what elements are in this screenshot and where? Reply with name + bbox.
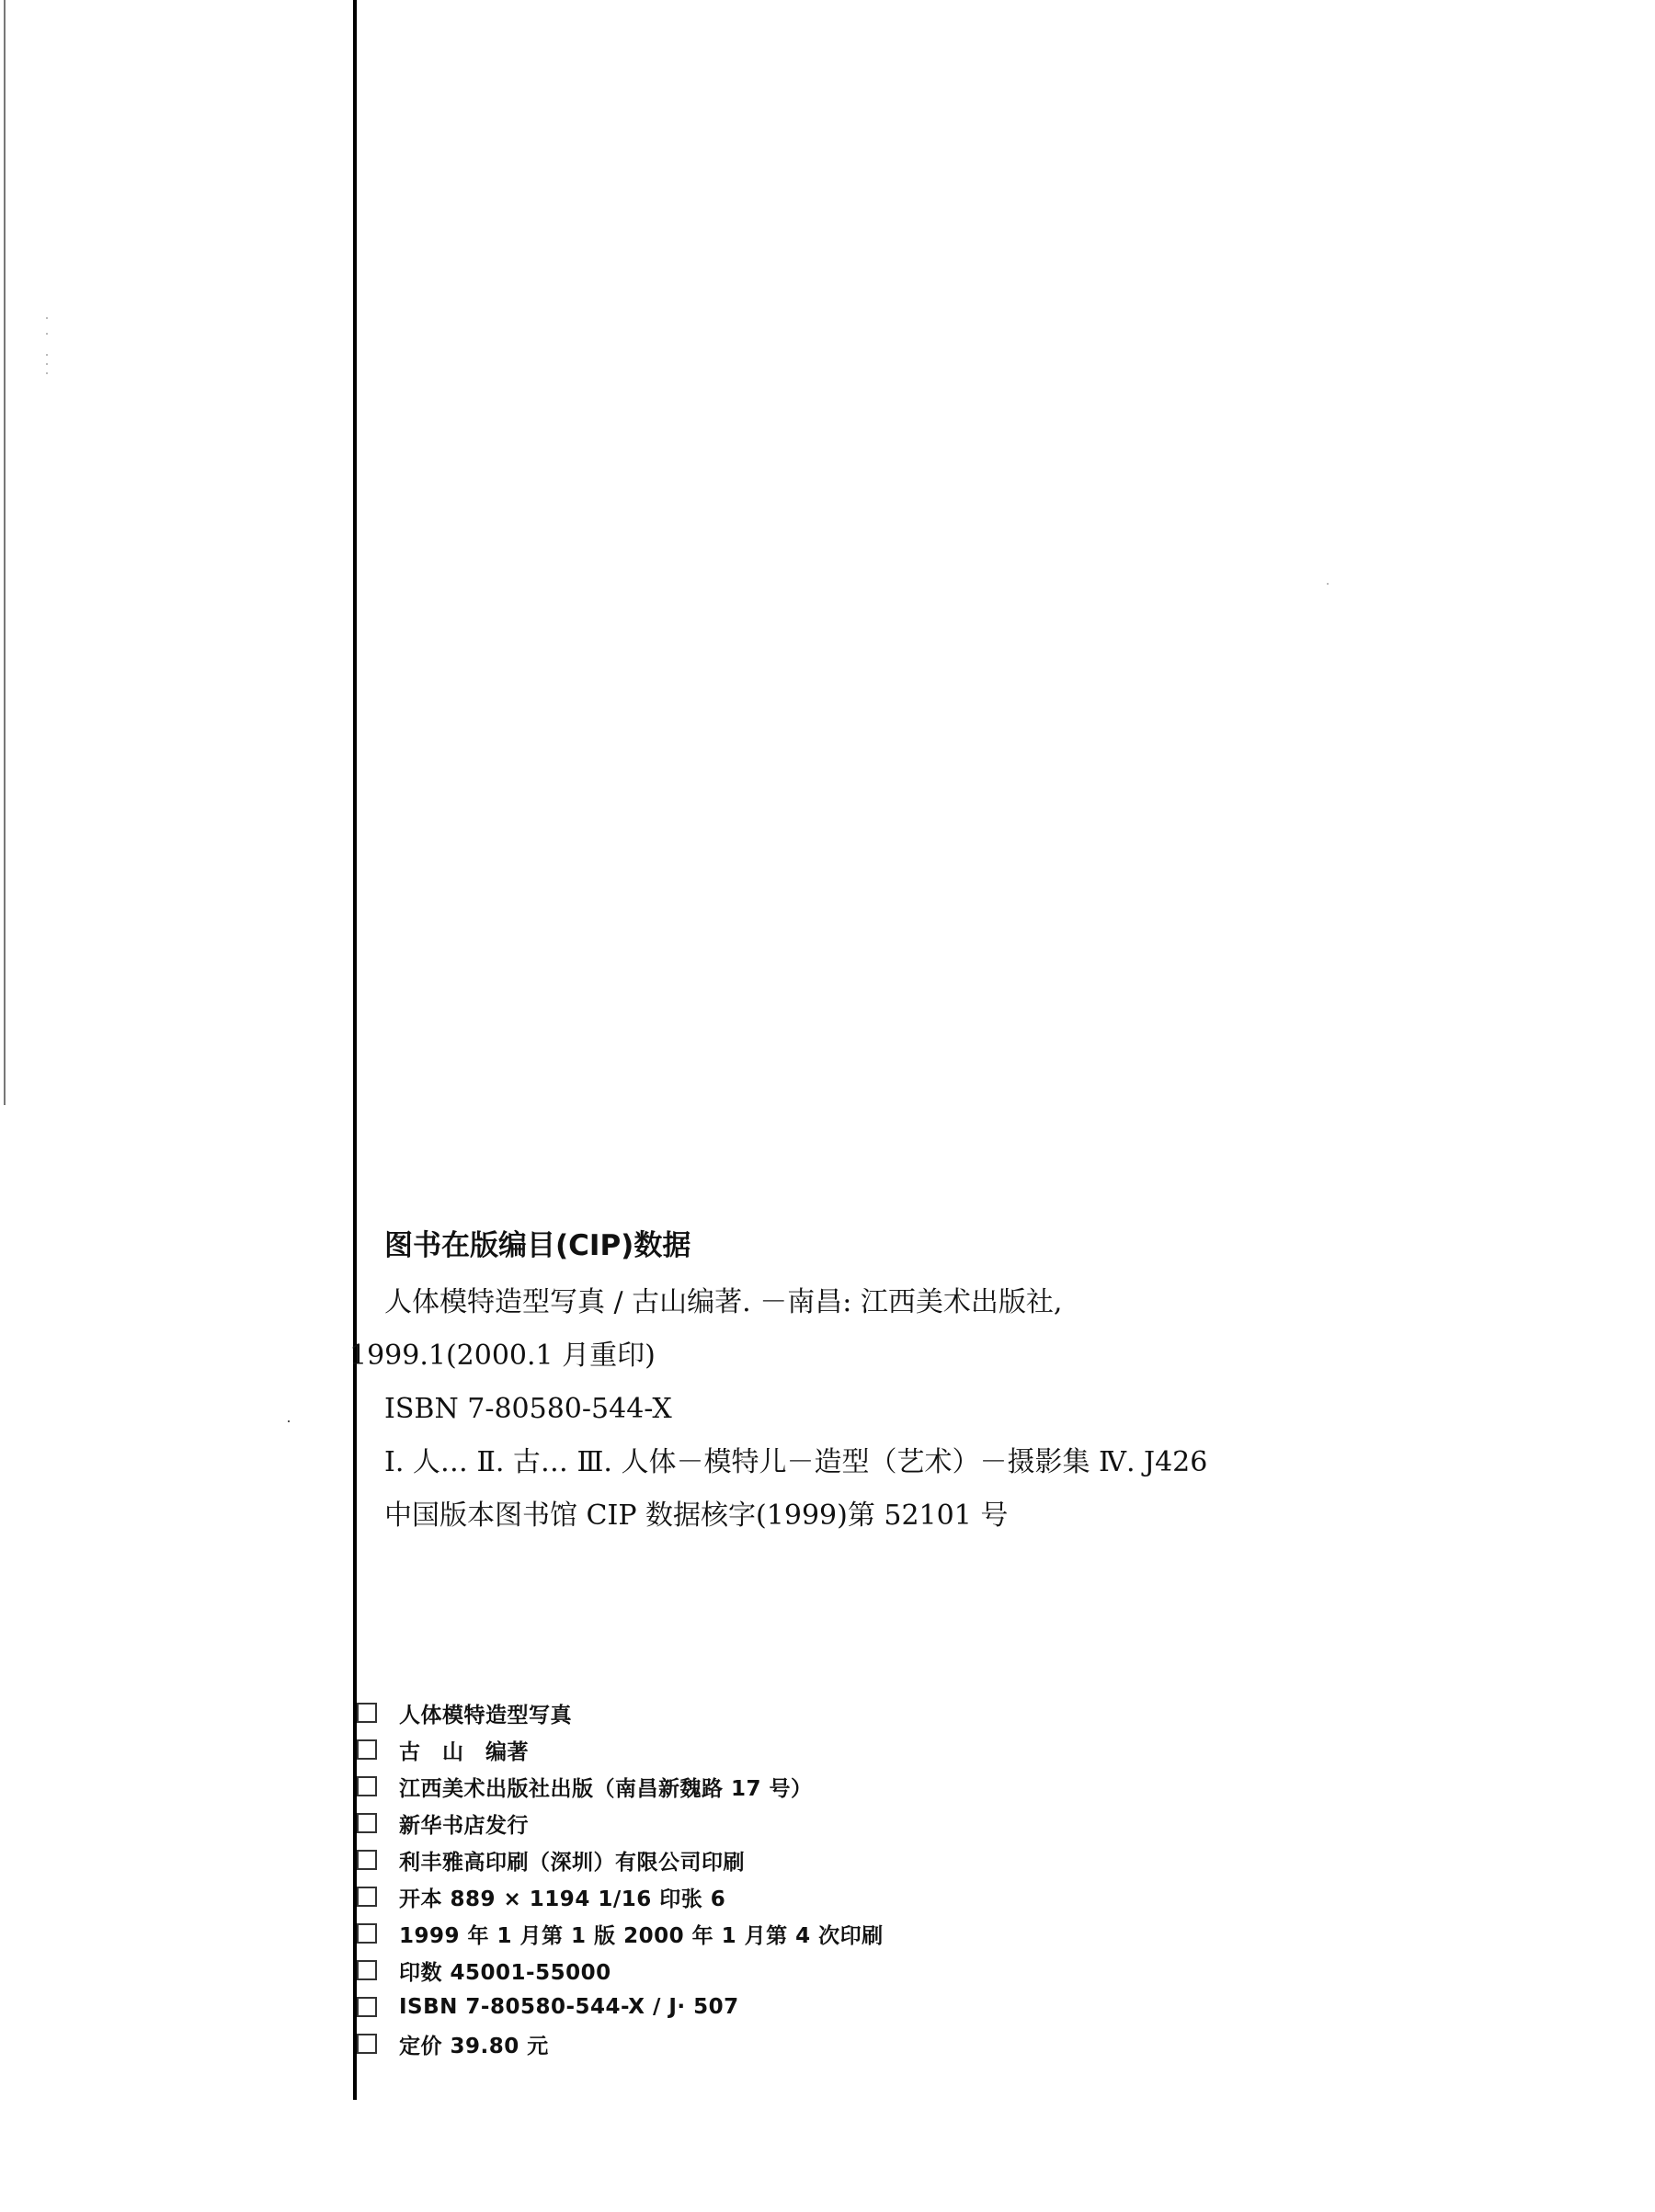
scan-speck xyxy=(288,1420,290,1422)
checkbox-icon xyxy=(357,1887,377,1907)
cip-record-number-line: 中国版本图书馆 CIP 数据核字(1999)第 52101 号 xyxy=(384,1489,1396,1543)
colophon-item-print-run: 印数 45001-55000 xyxy=(357,1952,884,1989)
cip-data-block: 图书在版编目(CIP)数据 人体模特造型写真 / 古山编著. －南昌: 江西美术… xyxy=(384,1223,1396,1543)
checkbox-icon xyxy=(357,1739,377,1760)
colophon-label: ISBN 7-80580-544-X / J· 507 xyxy=(399,1995,739,2019)
scan-speck xyxy=(46,333,48,335)
colophon-label: 古 山 编著 xyxy=(399,1735,529,1765)
colophon-item-price: 定价 39.80 元 xyxy=(357,2025,884,2062)
colophon-label: 开本 889 × 1194 1/16 印张 6 xyxy=(399,1882,725,1912)
scan-speck xyxy=(46,317,48,319)
scan-speck xyxy=(46,354,48,356)
colophon-item-format: 开本 889 × 1194 1/16 印张 6 xyxy=(357,1878,884,1915)
colophon-item-author: 古 山 编著 xyxy=(357,1731,884,1768)
scan-speck xyxy=(46,363,48,365)
cip-isbn-line: ISBN 7-80580-544-X xyxy=(384,1383,1396,1436)
colophon-label: 利丰雅高印刷（深圳）有限公司印刷 xyxy=(399,1845,745,1876)
colophon-label: 印数 45001-55000 xyxy=(399,1955,611,1986)
cip-title-line: 人体模特造型写真 / 古山编著. －南昌: 江西美术出版社, xyxy=(384,1276,1396,1329)
checkbox-icon xyxy=(357,1776,377,1796)
colophon-list: 人体模特造型写真 古 山 编著 江西美术出版社出版（南昌新魏路 17 号） 新华… xyxy=(357,1694,884,2062)
scan-speck xyxy=(1327,583,1329,585)
colophon-item-isbn: ISBN 7-80580-544-X / J· 507 xyxy=(357,1989,884,2025)
colophon-item-edition: 1999 年 1 月第 1 版 2000 年 1 月第 4 次印刷 xyxy=(357,1915,884,1952)
page-edge-line xyxy=(4,0,6,1105)
colophon-label: 1999 年 1 月第 1 版 2000 年 1 月第 4 次印刷 xyxy=(399,1919,884,1949)
colophon-item-publisher: 江西美术出版社出版（南昌新魏路 17 号） xyxy=(357,1768,884,1805)
checkbox-icon xyxy=(357,1703,377,1723)
colophon-label: 定价 39.80 元 xyxy=(399,2029,549,2059)
colophon-label: 人体模特造型写真 xyxy=(399,1698,572,1728)
checkbox-icon xyxy=(357,2034,377,2054)
cip-subject-line: Ⅰ. 人… Ⅱ. 古… Ⅲ. 人体－模特儿－造型（艺术）－摄影集 Ⅳ. J426 xyxy=(384,1436,1396,1489)
colophon-item-printer: 利丰雅高印刷（深圳）有限公司印刷 xyxy=(357,1841,884,1878)
scan-speck xyxy=(46,372,48,374)
checkbox-icon xyxy=(357,1997,377,2017)
cip-date-line: 1999.1(2000.1 月重印) xyxy=(349,1329,1396,1383)
colophon-item-title: 人体模特造型写真 xyxy=(357,1694,884,1731)
colophon-item-distributor: 新华书店发行 xyxy=(357,1805,884,1841)
colophon-label: 江西美术出版社出版（南昌新魏路 17 号） xyxy=(399,1772,813,1802)
colophon-label: 新华书店发行 xyxy=(399,1808,529,1839)
checkbox-icon xyxy=(357,1813,377,1833)
cip-title: 图书在版编目(CIP)数据 xyxy=(384,1223,1396,1269)
checkbox-icon xyxy=(357,1850,377,1870)
checkbox-icon xyxy=(357,1960,377,1980)
checkbox-icon xyxy=(357,1923,377,1944)
